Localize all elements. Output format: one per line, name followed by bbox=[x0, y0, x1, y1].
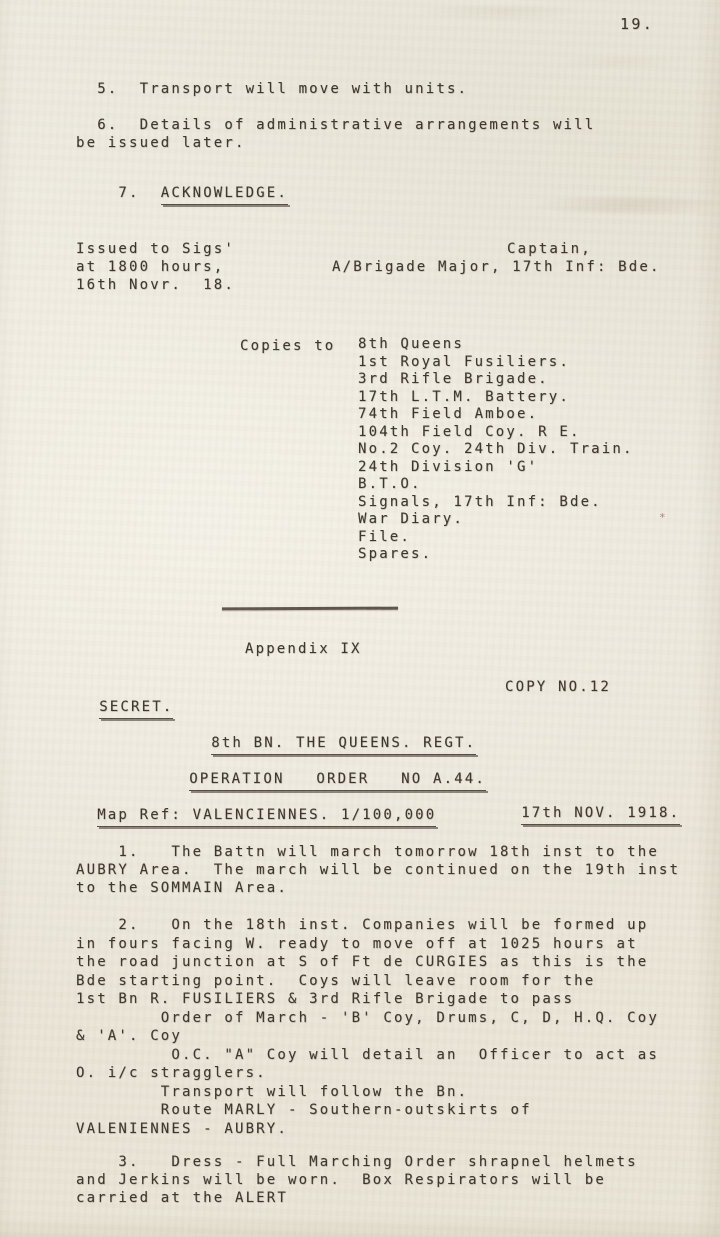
paragraph-2: 2. On the 18th inst. Companies will be f… bbox=[76, 916, 659, 1138]
copies-list-item: No.2 Coy. 24th Div. Train. bbox=[358, 441, 634, 459]
order-item-6: 6. Details of administrative arrangement… bbox=[76, 116, 595, 152]
signature-role: A/Brigade Major, 17th Inf: Bde. bbox=[332, 258, 661, 276]
order-date: 17th NOV. 1918. bbox=[521, 804, 680, 825]
acknowledge-label: ACKNOWLEDGE. bbox=[161, 184, 288, 205]
secret-label: SECRET. bbox=[99, 698, 173, 719]
copies-list-item: 8th Queens bbox=[358, 336, 634, 354]
page-number: 19. bbox=[620, 15, 654, 33]
copies-list-item: War Diary. bbox=[358, 511, 634, 529]
copies-list-item: File. bbox=[358, 529, 634, 547]
copies-list-item: 17th L.T.M. Battery. bbox=[358, 389, 634, 407]
map-ref: Map Ref: VALENCIENNES. 1/100,000 bbox=[97, 806, 436, 827]
order-item-5: 5. Transport will move with units. bbox=[76, 80, 468, 98]
signature-rank: Captain, bbox=[507, 240, 592, 258]
map-ref-line: Map Ref: VALENCIENNES. 1/100,000 bbox=[76, 788, 436, 827]
copies-to-label: Copies to bbox=[240, 337, 335, 355]
scanned-document-page: { "page": { "number": "19.", "paper_colo… bbox=[0, 0, 720, 1237]
paragraph-1: 1. The Battn will march tomorrow 18th in… bbox=[76, 843, 680, 897]
classification-line: SECRET. bbox=[78, 680, 173, 719]
copies-list-item: 104th Field Coy. R E. bbox=[358, 424, 634, 442]
issue-note: Issued to Sigs' at 1800 hours, 16th Novr… bbox=[76, 240, 235, 294]
ink-asterisk-mark: * bbox=[659, 511, 666, 524]
order-item-7: 7. ACKNOWLEDGE. bbox=[76, 166, 288, 205]
copies-list: 8th Queens1st Royal Fusiliers.3rd Rifle … bbox=[358, 336, 634, 564]
appendix-title: Appendix IX bbox=[245, 640, 362, 658]
order-item-7-number: 7. bbox=[97, 185, 161, 201]
order-heading-line: OPERATION ORDER NO A.44. bbox=[168, 752, 486, 791]
copy-number: COPY NO.12 bbox=[505, 678, 611, 696]
copies-list-item: 24th Division 'G' bbox=[358, 459, 634, 477]
paragraph-3: 3. Dress - Full Marching Order shrapnel … bbox=[76, 1153, 638, 1207]
unit-heading-line: 8th BN. THE QUEENS. REGT. bbox=[190, 716, 476, 755]
copies-list-item: 74th Field Amboe. bbox=[358, 406, 634, 424]
copies-list-item: Spares. bbox=[358, 546, 634, 564]
copies-list-item: 1st Royal Fusiliers. bbox=[358, 354, 634, 372]
separator-rule bbox=[222, 607, 398, 610]
copies-list-item: B.T.O. bbox=[358, 476, 634, 494]
date-line: 17th NOV. 1918. bbox=[500, 786, 680, 825]
copies-list-item: Signals, 17th Inf: Bde. bbox=[358, 494, 634, 512]
copies-list-item: 3rd Rifle Brigade. bbox=[358, 371, 634, 389]
